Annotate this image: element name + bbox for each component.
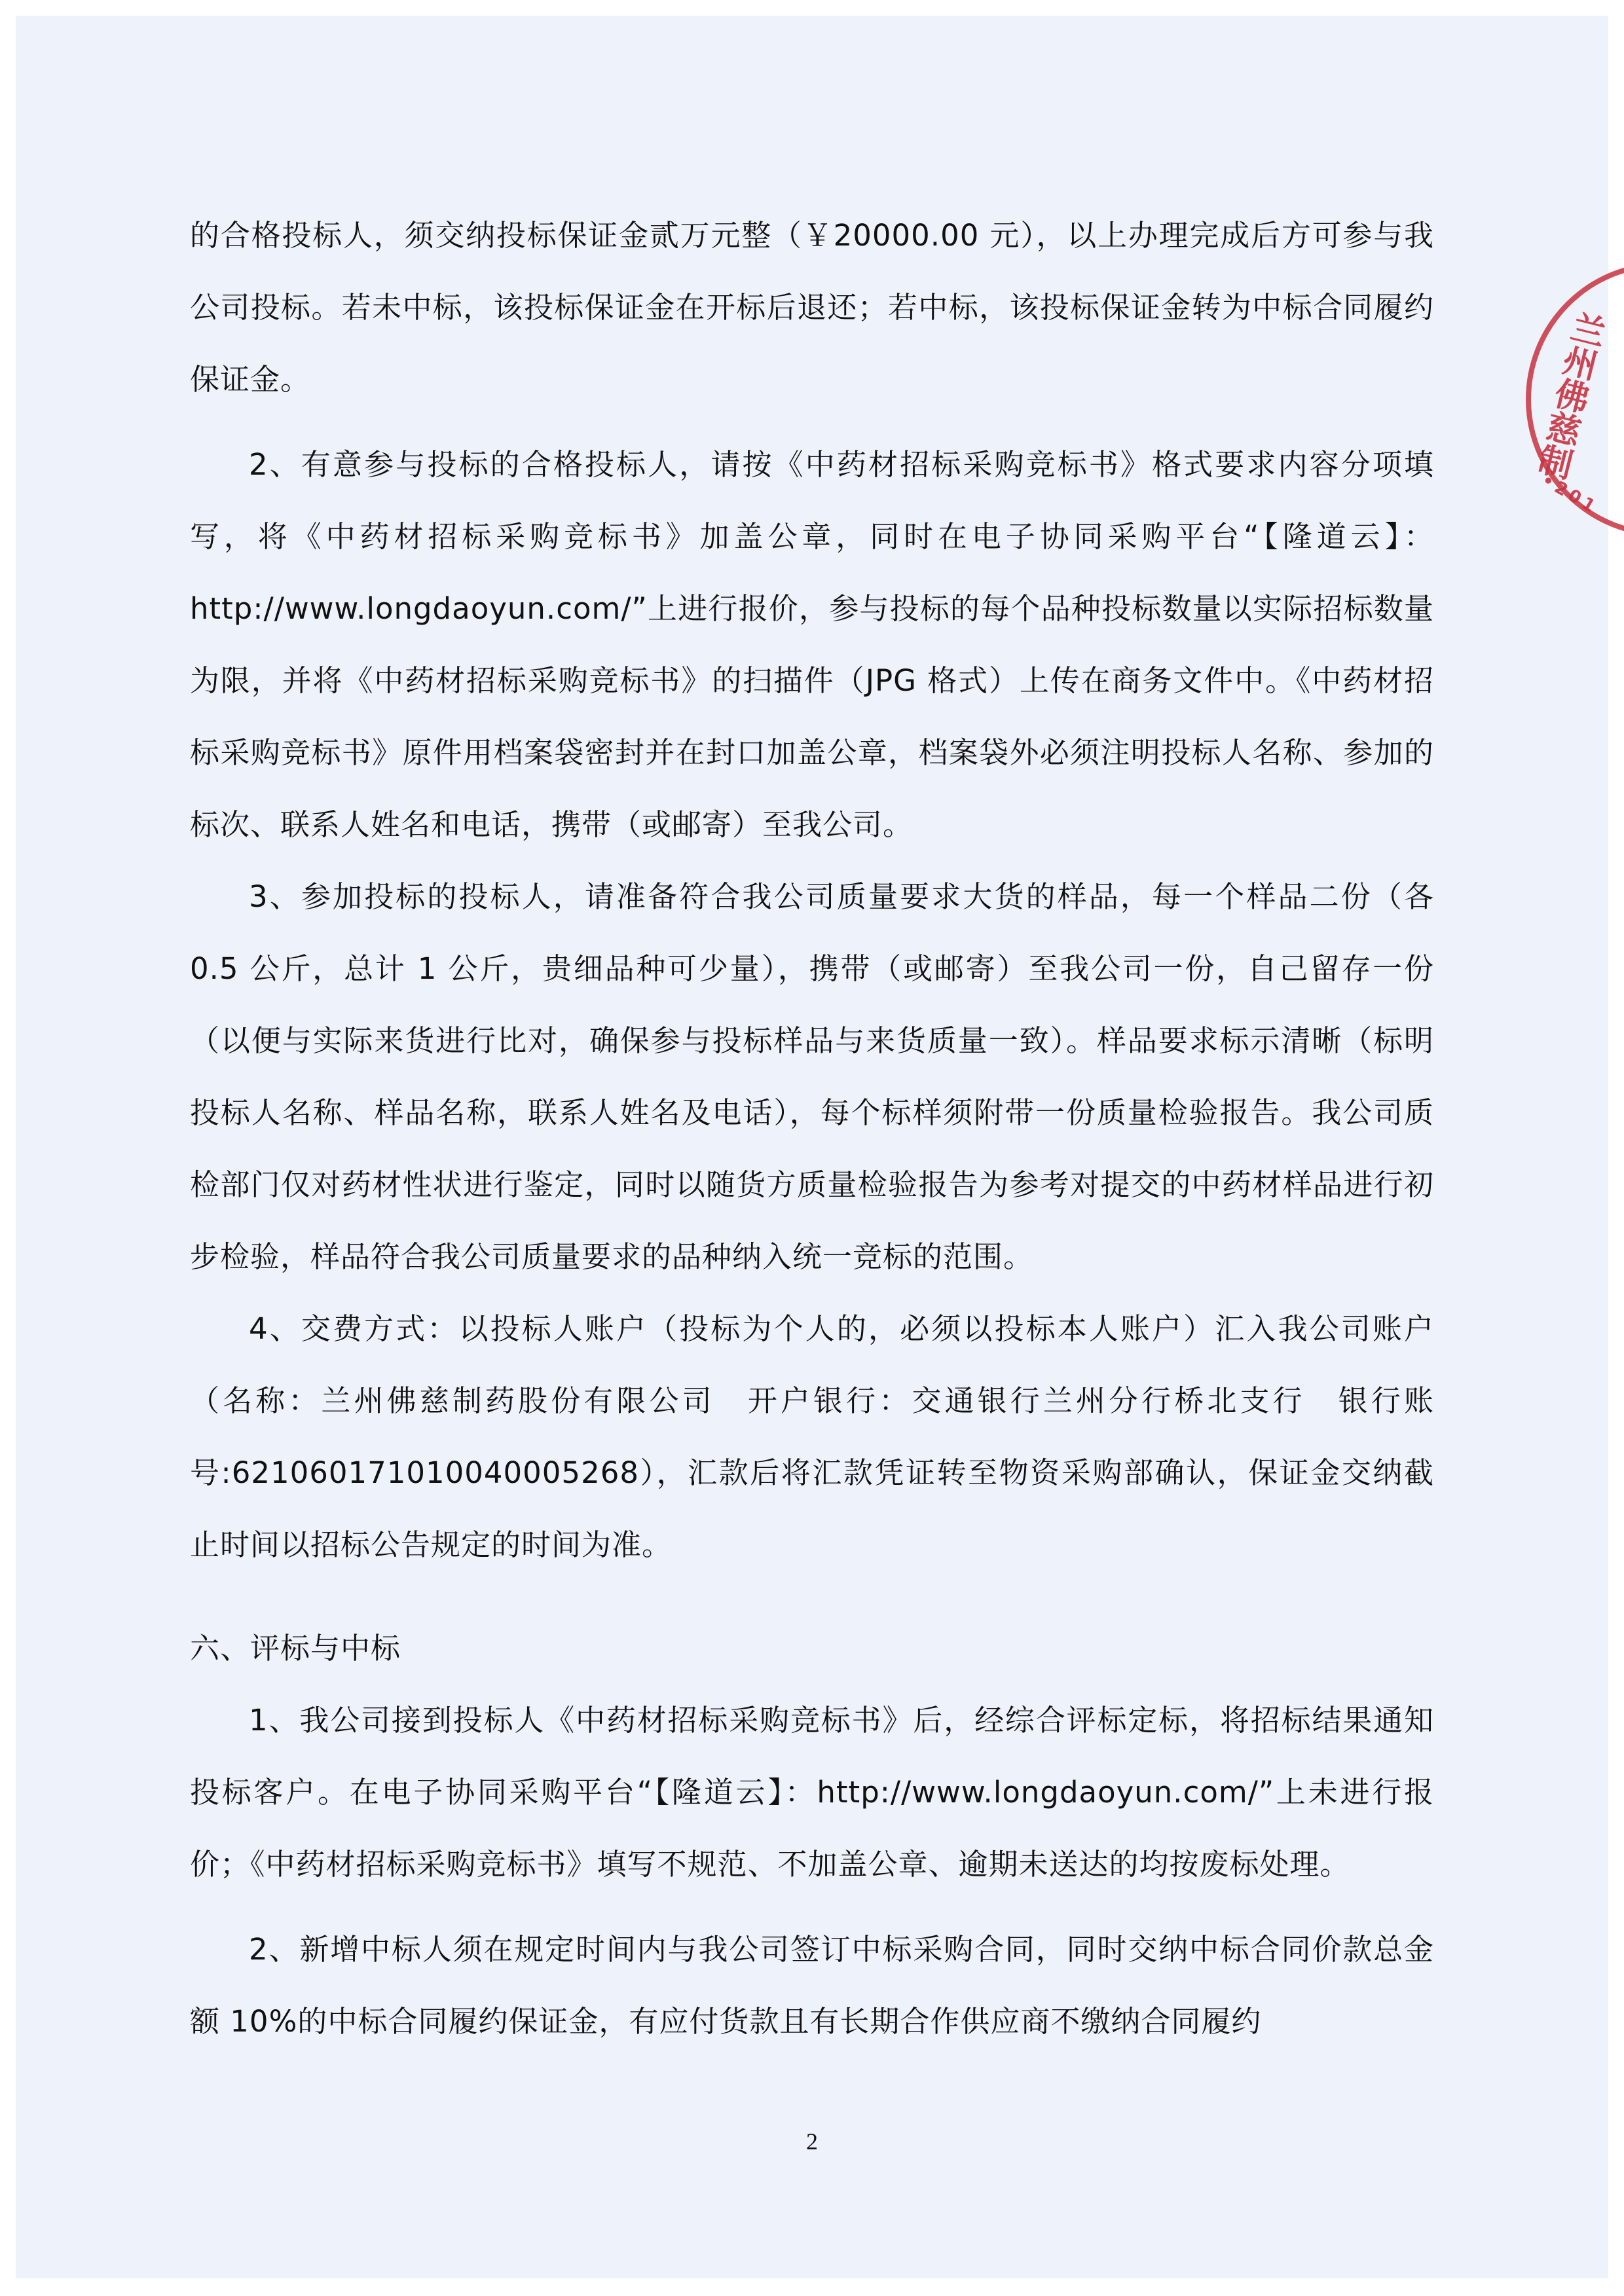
- paragraph-item-2: 2、有意参与投标的合格投标人，请按《中药材招标采购竞标书》格式要求内容分项填写，…: [190, 429, 1434, 861]
- document-body: 的合格投标人，须交纳投标保证金贰万元整（￥20000.00 元），以上办理完成后…: [190, 200, 1434, 2058]
- paragraph-section6-item-2: 2、新增中标人须在规定时间内与我公司签订中标采购合同，同时交纳中标合同价款总金额…: [190, 1914, 1434, 2058]
- paragraph-spacer: [190, 416, 1434, 429]
- paragraph-spacer: [190, 1901, 1434, 1914]
- section-heading-evaluation: 六、评标与中标: [190, 1613, 1434, 1685]
- paragraph-section6-item-1: 1、我公司接到投标人《中药材招标采购竞标书》后，经综合评标定标，将招标结果通知投…: [190, 1685, 1434, 1901]
- paragraph-item-3: 3、参加投标的投标人，请准备符合我公司质量要求大货的样品，每一个样品二份（各 0…: [190, 861, 1434, 1293]
- page-number: 2: [0, 2128, 1624, 2155]
- paragraph-item-4: 4、交费方式：以投标人账户（投标为个人的，必须以投标本人账户）汇入我公司账户（名…: [190, 1293, 1434, 1581]
- paragraph-continuation: 的合格投标人，须交纳投标保证金贰万元整（￥20000.00 元），以上办理完成后…: [190, 200, 1434, 416]
- section-spacer: [190, 1581, 1434, 1607]
